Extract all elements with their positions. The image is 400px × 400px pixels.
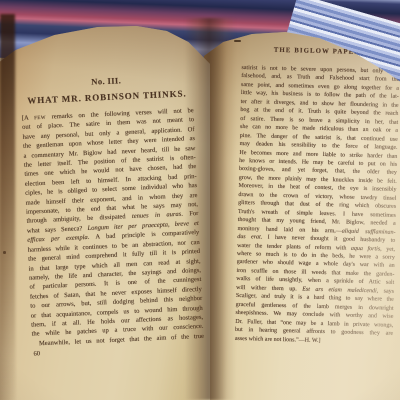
section-number: No. III. bbox=[20, 72, 192, 90]
section-title: WHAT MR. ROBINSON THINKS. bbox=[21, 88, 193, 106]
left-page-text-block: No. III. WHAT MR. ROBINSON THINKS. [A fe… bbox=[20, 72, 204, 358]
book-left-edge-shadow bbox=[0, 14, 15, 400]
left-page: No. III. WHAT MR. ROBINSON THINKS. [A fe… bbox=[0, 22, 210, 400]
left-page-body: [A few remarks on the following verses w… bbox=[22, 106, 204, 349]
right-page-body: satirist is not to be severe upon person… bbox=[235, 64, 400, 347]
gutter-shadow bbox=[184, 18, 236, 400]
right-page-text-block: THE BIGLOW PAPERS. 61 satirist is not to… bbox=[235, 46, 400, 347]
open-book-photo: THE BIGLOW PAPERS. 61 satirist is not to… bbox=[0, 0, 400, 400]
